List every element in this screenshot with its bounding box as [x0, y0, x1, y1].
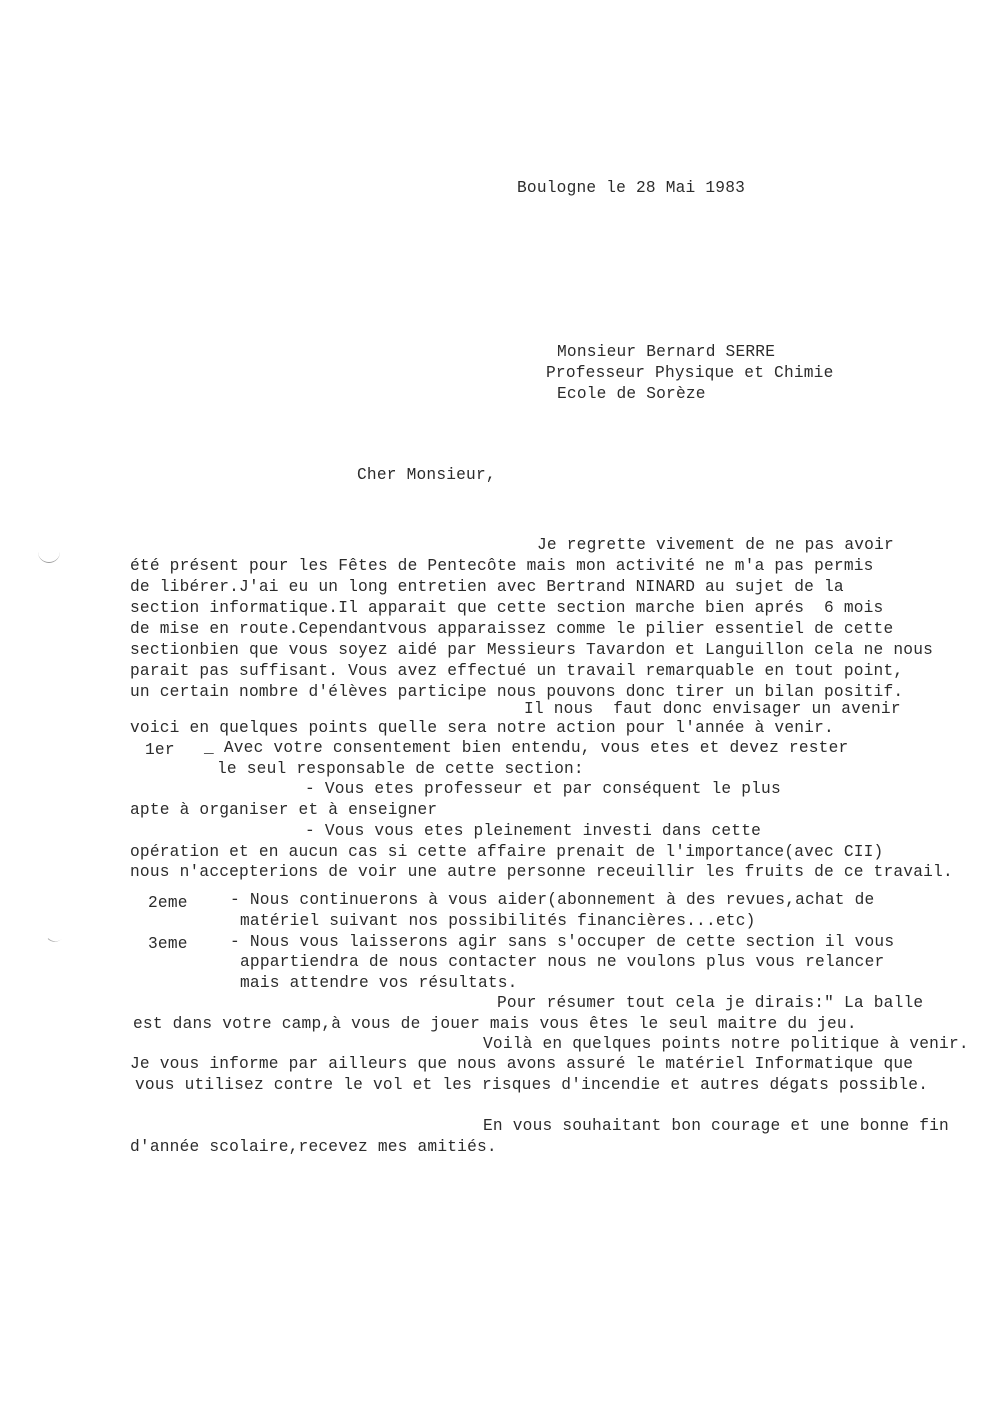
- place-date: Boulogne le 28 Mai 1983: [517, 178, 745, 198]
- body-line: nous n'accepterions de voir une autre pe…: [130, 862, 953, 882]
- point-label: 1er: [145, 740, 175, 760]
- body-line: été présent pour les Fêtes de Pentecôte …: [130, 556, 874, 576]
- body-line: est dans votre camp,à vous de jouer mais…: [133, 1014, 857, 1034]
- body-line: Pour résumer tout cela je dirais:" La ba…: [497, 993, 923, 1013]
- body-line: Voilà en quelques points notre politique…: [483, 1034, 969, 1054]
- closing-line: En vous souhaitant bon courage et une bo…: [483, 1116, 949, 1136]
- body-line: parait pas suffisant. Vous avez effectué…: [130, 661, 903, 681]
- punch-hole-mark: [38, 550, 60, 563]
- body-line: appartiendra de nous contacter nous ne v…: [240, 952, 884, 972]
- body-line: Il nous faut donc envisager un avenir: [524, 699, 901, 719]
- recipient-school: Ecole de Sorèze: [557, 384, 706, 404]
- body-line: matériel suivant nos possibilités financ…: [240, 911, 756, 931]
- body-line: Je vous informe par ailleurs que nous av…: [130, 1054, 913, 1074]
- body-line: section informatique.Il apparait que cet…: [130, 598, 883, 618]
- body-line: vous utilisez contre le vol et les risqu…: [135, 1075, 928, 1095]
- point-label: 3eme: [148, 934, 188, 954]
- body-line: sectionbien que vous soyez aidé par Mess…: [130, 640, 933, 660]
- closing-line: d'année scolaire,recevez mes amitiés.: [130, 1137, 497, 1157]
- body-line: de libérer.J'ai eu un long entretien ave…: [130, 577, 844, 597]
- salutation: Cher Monsieur,: [357, 465, 496, 485]
- body-line: - Nous continuerons à vous aider(abonnem…: [230, 890, 874, 910]
- punch-hole-mark: [48, 924, 70, 946]
- body-line: Je regrette vivement de ne pas avoir: [537, 535, 894, 555]
- body-line: mais attendre vos résultats.: [240, 973, 518, 993]
- body-line: - Vous vous etes pleinement investi dans…: [305, 821, 761, 841]
- body-line: - Vous etes professeur et par conséquent…: [305, 779, 781, 799]
- body-line: apte à organiser et à enseigner: [130, 800, 437, 820]
- body-line: le seul responsable de cette section:: [217, 759, 584, 779]
- body-line: opération et en aucun cas si cette affai…: [130, 842, 883, 862]
- body-line: _ Avec votre consentement bien entendu, …: [204, 738, 848, 758]
- body-line: voici en quelques points quelle sera not…: [130, 718, 834, 738]
- body-line: de mise en route.Cependantvous apparaiss…: [130, 619, 893, 639]
- point-label: 2eme: [148, 893, 188, 913]
- body-line: - Nous vous laisserons agir sans s'occup…: [230, 932, 894, 952]
- recipient-title: Professeur Physique et Chimie: [546, 363, 834, 383]
- recipient-name: Monsieur Bernard SERRE: [557, 342, 775, 362]
